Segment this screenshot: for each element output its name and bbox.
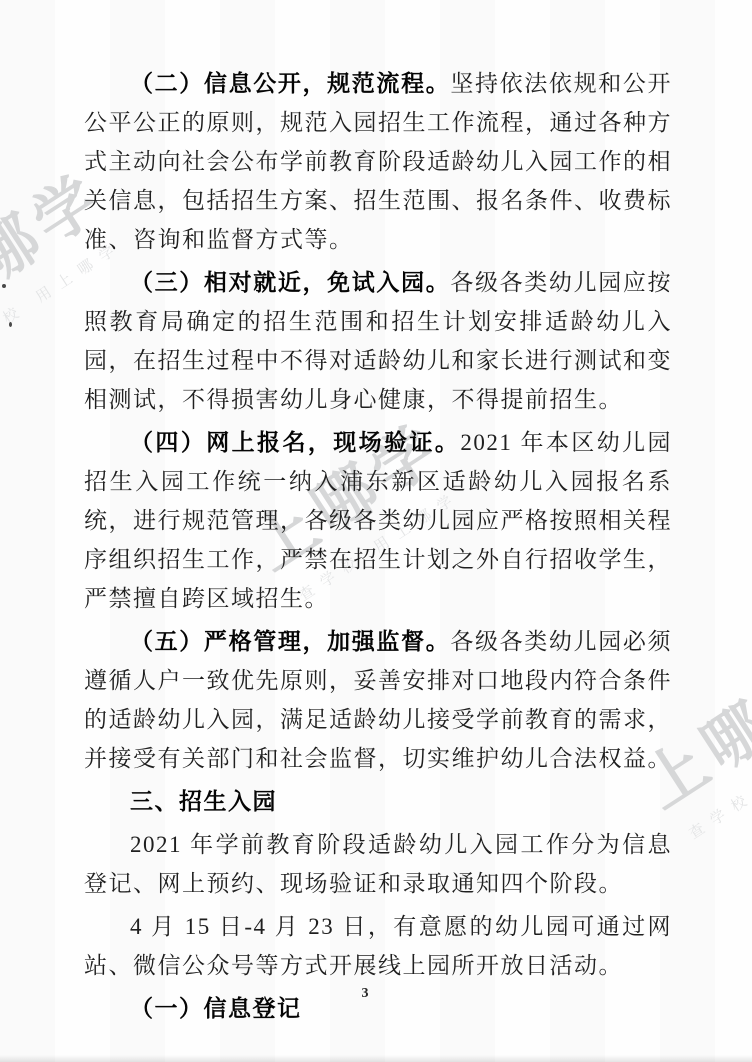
- paragraph-text: 4 月 15 日-4 月 23 日，有意愿的幼儿园可通过网站、微信公众号等方式开…: [84, 914, 672, 978]
- document-body: （二）信息公开，规范流程。坚持依法依规和公开公平公正的原则，规范入园招生工作流程…: [84, 64, 672, 1032]
- paragraph-lead: （四）网上报名，现场验证。: [130, 430, 460, 455]
- body-paragraph: 2021 年学前教育阶段适龄幼儿入园工作分为信息登记、网上预约、现场验证和录取通…: [84, 825, 672, 903]
- paragraph-text: 2021 年学前教育阶段适龄幼儿入园工作分为信息登记、网上预约、现场验证和录取通…: [84, 832, 672, 896]
- paragraph-lead: （五）严格管理，加强监督。: [130, 629, 450, 654]
- body-paragraph: （五）严格管理，加强监督。各级各类幼儿园必须遵循人户一致优先原则，妥善安排对口地…: [84, 622, 672, 778]
- paragraph-lead: （三）相对就近，免试入园。: [130, 270, 450, 295]
- watermark-tagline-text: 查学校 用上哪学: [665, 711, 752, 857]
- body-paragraph: （四）网上报名，现场验证。2021 年本区幼儿园招生入园工作统一纳入浦东新区适龄…: [84, 423, 672, 618]
- body-paragraph: 4 月 15 日-4 月 23 日，有意愿的幼儿园可通过网站、微信公众号等方式开…: [84, 907, 672, 985]
- scan-speck: [2, 284, 6, 288]
- section-heading: 三、招生入园: [84, 782, 672, 821]
- scan-speck: [9, 322, 12, 327]
- scanned-document-page: 上哪学 查学校 用上哪学 上哪学 查学校 用上哪学 上哪学 查学校 用上哪学 （…: [0, 0, 752, 1062]
- paragraph-text: 坚持依法依规和公开公平公正的原则，规范入园招生工作流程，通过各种方式主动向社会公…: [84, 71, 672, 252]
- page-number: 3: [0, 986, 730, 1002]
- paragraph-lead: 三、招生入园: [130, 789, 277, 814]
- paragraph-lead: （二）信息公开，规范流程。: [130, 71, 450, 96]
- paragraph-text: 2021 年本区幼儿园招生入园工作统一纳入浦东新区适龄幼儿入园报名系统，进行规范…: [84, 430, 672, 611]
- body-paragraph: （三）相对就近，免试入园。各级各类幼儿园应按照教育局确定的招生范围和招生计划安排…: [84, 263, 672, 419]
- body-paragraph: （二）信息公开，规范流程。坚持依法依规和公开公平公正的原则，规范入园招生工作流程…: [84, 64, 672, 259]
